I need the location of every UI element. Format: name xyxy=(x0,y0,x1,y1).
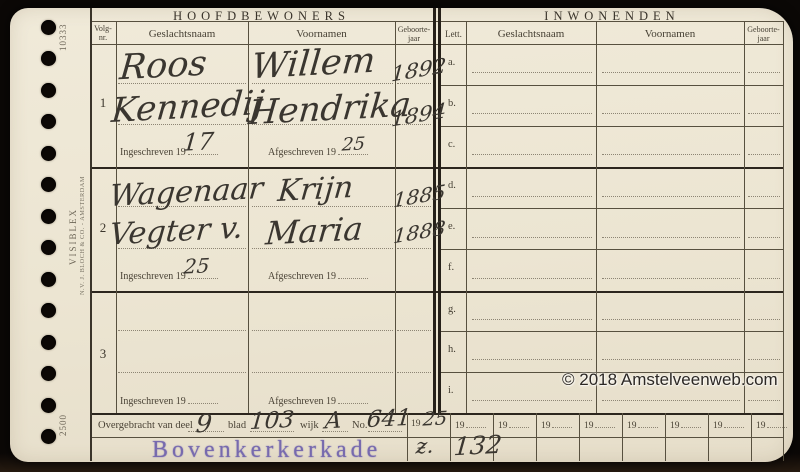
firstnames-entry: Willem xyxy=(250,41,377,87)
column-header-letter: Lett. xyxy=(441,29,466,39)
serial-number-bottom: 2500 xyxy=(58,400,68,450)
writing-line xyxy=(118,329,246,331)
transfer-label-wijk: wijk xyxy=(300,420,319,431)
dotted-leader xyxy=(681,419,701,428)
writing-line xyxy=(252,329,393,331)
writing-line xyxy=(472,318,592,320)
afgeschreven-label: Afgeschreven 19 xyxy=(268,269,368,282)
ingeschreven-year: 25 xyxy=(183,253,211,278)
transfer-year-value: 25 xyxy=(422,407,448,430)
writing-line xyxy=(748,71,780,73)
year-cell: 19 xyxy=(627,419,658,431)
punch-hole xyxy=(41,303,56,318)
ingeschreven-label: Ingeschreven 19 xyxy=(120,394,218,407)
writing-line xyxy=(602,236,740,238)
dotted-leader xyxy=(595,419,615,428)
writing-line xyxy=(748,236,780,238)
birthyear-line2: jaar xyxy=(758,34,770,43)
row-letter: d. xyxy=(448,180,456,191)
year-prefix: 19 xyxy=(455,421,465,431)
writing-line xyxy=(397,247,431,249)
photo-background: 10333 VISIBLEX N.V. J. BLOCH & CO. - AMS… xyxy=(0,0,800,472)
ingeschreven-year: 17 xyxy=(182,127,215,157)
copyright-watermark: © 2018 Amstelveenweb.com xyxy=(562,370,778,390)
serial-number-top: 10333 xyxy=(58,12,68,62)
year-cell: 19 xyxy=(756,419,787,431)
row-letter: e. xyxy=(448,221,455,232)
street-name-stamp: Bovenkerkerkade xyxy=(152,437,381,464)
punch-hole xyxy=(41,83,56,98)
row-letter: i. xyxy=(448,385,454,396)
punch-hole xyxy=(41,209,56,224)
maker-name: VISIBLEX xyxy=(68,198,78,276)
writing-line xyxy=(602,399,740,401)
column-header-surname-right: Geslachtsnaam xyxy=(466,28,596,40)
transfer-label-blad: blad xyxy=(228,420,246,431)
dotted-leader xyxy=(638,419,658,428)
writing-line xyxy=(472,153,592,155)
writing-line xyxy=(472,277,592,279)
punch-hole xyxy=(41,146,56,161)
writing-line xyxy=(748,399,780,401)
punch-hole xyxy=(41,114,56,129)
punch-hole xyxy=(41,20,56,35)
afgeschreven-year: 25 xyxy=(341,133,366,155)
dotted-leader xyxy=(724,419,744,428)
punch-hole xyxy=(41,398,56,413)
writing-line xyxy=(252,371,393,373)
writing-line xyxy=(397,371,431,373)
transfer-deel-value: 9 xyxy=(195,409,214,439)
year-cell: 19 xyxy=(455,419,486,431)
label-text: Afgeschreven 19 xyxy=(268,147,336,158)
row-letter: f. xyxy=(448,262,454,273)
column-header-birthyear-right: Geboorte- jaar xyxy=(744,25,783,43)
label-text: Ingeschreven 19 xyxy=(120,271,186,282)
writing-line xyxy=(602,112,740,114)
transfer-no-value: 641 xyxy=(366,405,412,433)
transfer-year-cell: 19 xyxy=(411,419,421,429)
year-cell: 19 xyxy=(670,419,701,431)
volgnr-line2: nr. xyxy=(99,33,107,42)
label-text: Afgeschreven 19 xyxy=(268,396,336,407)
writing-line xyxy=(472,358,592,360)
writing-line xyxy=(118,371,246,373)
volgnr-line1: Volg- xyxy=(94,24,112,33)
rule xyxy=(248,21,249,413)
year-prefix: 19 xyxy=(584,421,594,431)
writing-line xyxy=(748,112,780,114)
row-letter: c. xyxy=(448,139,455,150)
punch-hole xyxy=(41,429,56,444)
writing-line xyxy=(748,277,780,279)
firstnames-entry: Maria xyxy=(264,210,364,253)
year-prefix: 19 xyxy=(541,421,551,431)
row-letter: b. xyxy=(448,98,456,109)
writing-line xyxy=(472,236,592,238)
rule xyxy=(90,21,783,22)
rule xyxy=(579,413,580,461)
rule xyxy=(441,249,783,250)
label-text: Afgeschreven 19 xyxy=(268,271,336,282)
column-header-surname-left: Geslachtsnaam xyxy=(116,28,248,40)
punch-hole xyxy=(41,335,56,350)
writing-line xyxy=(472,71,592,73)
year-prefix: 19 xyxy=(627,421,637,431)
rule xyxy=(441,126,783,127)
mark-value: ƶ. xyxy=(415,434,435,459)
surname-entry: Kennedij xyxy=(110,83,266,131)
house-number-value: 132 xyxy=(453,430,504,461)
surname-entry: Vegter v. xyxy=(108,211,244,253)
dotted-leader xyxy=(767,419,787,428)
rule xyxy=(90,291,783,293)
writing-line xyxy=(397,329,431,331)
rule xyxy=(751,413,752,461)
column-header-birthyear-left: Geboorte- jaar xyxy=(395,25,433,43)
rule xyxy=(441,85,783,86)
maker-company: N.V. J. BLOCH & CO. - AMSTERDAM xyxy=(79,166,86,306)
rule xyxy=(622,413,623,461)
volgnr-3: 3 xyxy=(90,346,116,362)
column-header-firstnames-left: Voornamen xyxy=(248,28,395,40)
punch-hole xyxy=(41,51,56,66)
dotted-leader xyxy=(466,419,486,428)
rule xyxy=(708,413,709,461)
year-cell: 19 xyxy=(541,419,572,431)
birthyear-line2: jaar xyxy=(408,34,420,43)
rule xyxy=(441,331,783,332)
label-text: Ingeschreven 19 xyxy=(120,147,186,158)
punch-hole xyxy=(41,366,56,381)
rule xyxy=(441,208,783,209)
dotted-leader xyxy=(552,419,572,428)
writing-line xyxy=(602,153,740,155)
year-prefix: 19 xyxy=(713,421,723,431)
dotted-leader xyxy=(338,269,368,279)
rule xyxy=(783,21,784,461)
year-prefix: 19 xyxy=(756,421,766,431)
writing-line xyxy=(602,358,740,360)
punch-hole xyxy=(41,272,56,287)
writing-line xyxy=(602,71,740,73)
transfer-blad-value: 103 xyxy=(249,407,295,435)
birthyear-line1: Geboorte- xyxy=(747,25,779,34)
rule xyxy=(536,413,537,461)
year-cell: 19 xyxy=(713,419,744,431)
year-cell: 19 xyxy=(584,419,615,431)
writing-line xyxy=(602,318,740,320)
punch-hole xyxy=(41,177,56,192)
firstnames-entry: Krijn xyxy=(276,170,355,209)
row-letter: g. xyxy=(448,304,456,315)
writing-line xyxy=(602,195,740,197)
dotted-leader xyxy=(188,394,218,404)
rule xyxy=(466,21,467,413)
surname-entry: Roos xyxy=(118,44,209,88)
rule xyxy=(665,413,666,461)
writing-line xyxy=(748,358,780,360)
year-prefix: 19 xyxy=(670,421,680,431)
writing-line xyxy=(472,399,592,401)
year-prefix: 19 xyxy=(411,419,421,429)
row-letter: h. xyxy=(448,344,456,355)
label-text: Ingeschreven 19 xyxy=(120,396,186,407)
birthyear-line1: Geboorte- xyxy=(398,25,430,34)
rule xyxy=(90,167,783,169)
rule xyxy=(744,21,745,413)
punch-hole xyxy=(41,240,56,255)
column-header-firstnames-right: Voornamen xyxy=(596,28,744,40)
rule xyxy=(596,21,597,413)
column-header-volgnr: Volg- nr. xyxy=(90,24,116,42)
writing-line xyxy=(748,153,780,155)
writing-line xyxy=(472,112,592,114)
writing-line xyxy=(748,195,780,197)
rule xyxy=(450,413,451,461)
writing-line xyxy=(472,195,592,197)
transfer-wijk-value: A xyxy=(324,408,343,435)
writing-line xyxy=(748,318,780,320)
transfer-label-deel: Overgebracht van deel xyxy=(98,420,193,431)
afgeschreven-label: Afgeschreven 19 xyxy=(268,394,368,407)
writing-line xyxy=(602,277,740,279)
dotted-leader xyxy=(509,419,529,428)
row-letter: a. xyxy=(448,57,455,68)
dotted-leader xyxy=(338,394,368,404)
